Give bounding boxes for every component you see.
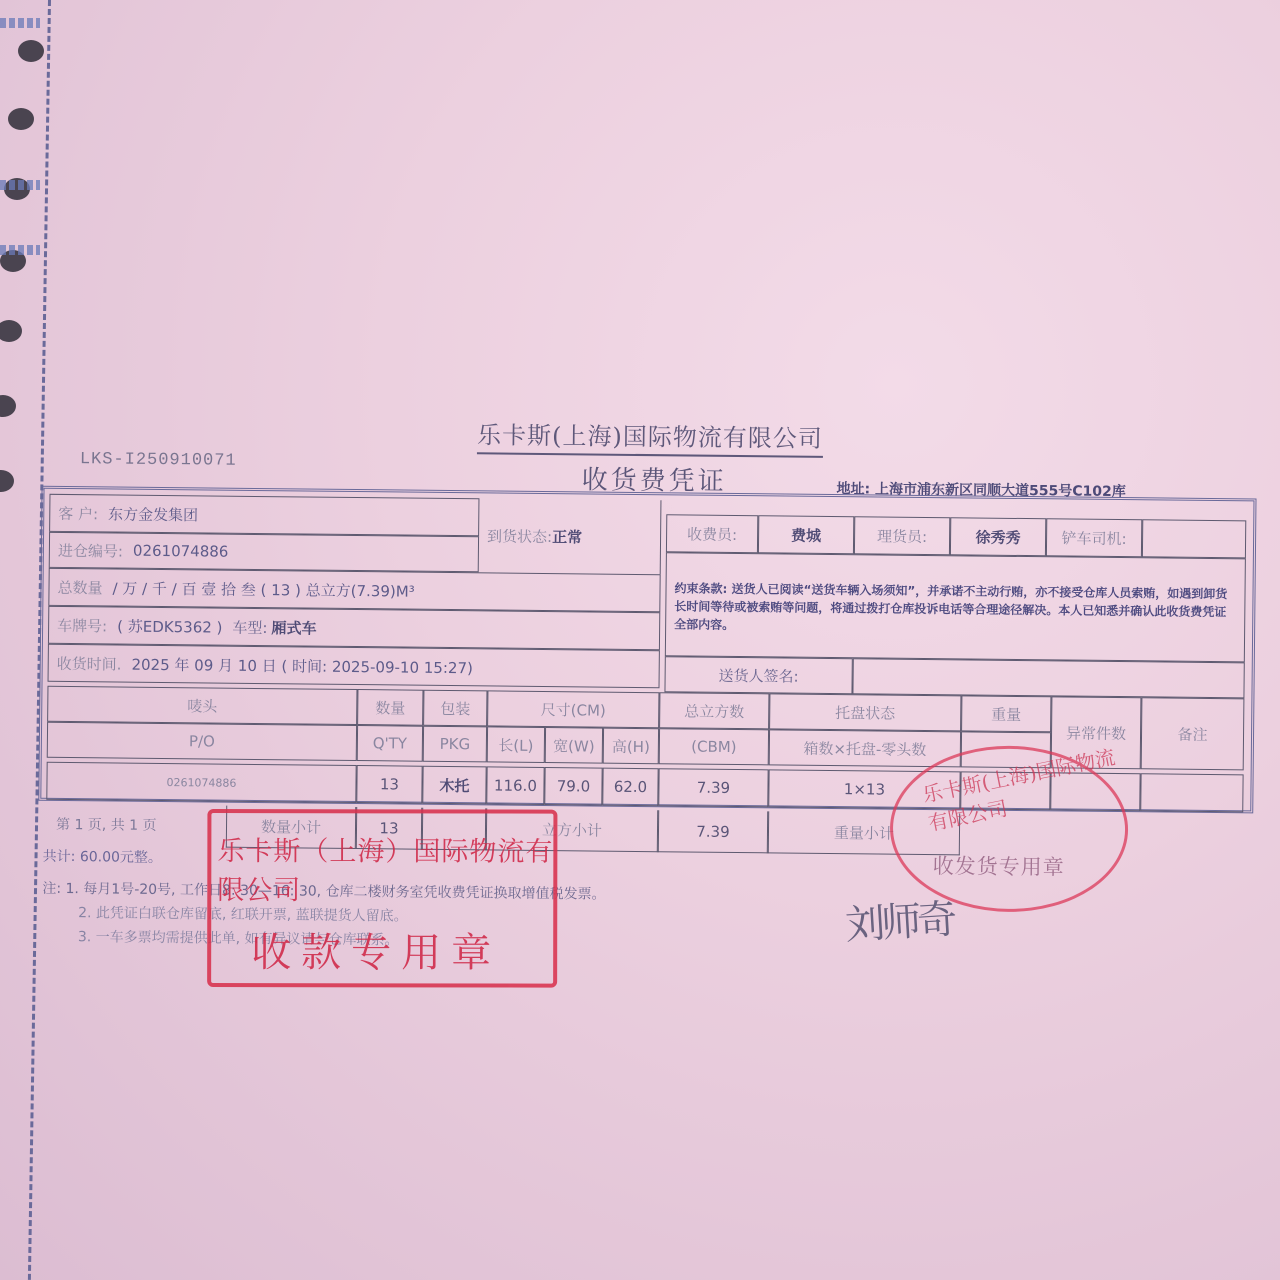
signer-field[interactable] [852,658,1244,698]
company-name: 乐卡斯(上海)国际物流有限公司 [477,415,823,458]
th-length: 长(L) [487,726,545,763]
total-qty-label: 总数量 [57,576,102,597]
receive-time-row: 收货时间. 2025 年 09 月 10 日 ( 时间: 2025-09-10 … [48,644,660,688]
th-pkg: 包装 [423,690,487,727]
customer-label: 客 户: [58,502,98,523]
th-qty: 数量 [357,689,423,726]
row-height: 62.0 [602,768,658,807]
receipt-document: 乐卡斯(上海)国际物流有限公司 LKS-I250910071 收货费凭证 地址:… [0,0,1280,1280]
th-cbm-en: (CBM) [659,728,769,765]
handler-label: 理货员: [854,516,950,555]
vehicle-type-value: 厢式车 [271,617,316,638]
forklift-label: 铲车司机: [1046,518,1142,557]
payment-seal-company: 乐卡斯（上海）国际物流有限公司 [217,829,553,908]
cbm-subtotal-value: 7.39 [658,810,768,853]
document-number: LKS-I250910071 [80,450,237,471]
receive-time-value: 2025 年 09 月 10 日 ( 时间: 2025-09-10 15:27) [131,653,473,678]
th-height: 高(H) [603,728,659,765]
row-qty: 13 [356,765,422,804]
total-qty-value: / 万 / 千 / 百 壹 拾 叁 ( 13 ) 总立方(7.39)M³ [112,577,414,601]
row-pkg: 木托 [422,766,486,805]
th-weight: 重量 [961,695,1051,732]
receiving-seal: 乐卡斯(上海)国际物流有限公司 收发货专用章 [889,745,1129,913]
th-size: 尺寸(CM) [487,690,659,728]
cashier-label: 收费员: [666,514,758,553]
receiving-seal-title: 收发货专用章 [933,850,1065,881]
row-cbm: 7.39 [658,768,768,807]
arrival-status-value: 正常 [552,526,582,547]
th-pkg-en: PKG [423,726,487,763]
plate-value: ( 苏EDK5362 ) [117,615,222,637]
row-mark: 0261074886 [46,762,356,803]
total-amount: 共计: 60.00元整。 [43,846,162,867]
arrival-status-label: 到货状态: [487,525,552,547]
th-pallet: 托盘状态 [769,693,961,731]
cashier-value: 费城 [758,515,854,554]
th-cbm: 总立方数 [659,692,769,729]
handler-value: 徐秀秀 [950,517,1046,556]
th-mark: 唛头 [47,686,357,725]
vehicle-type-label: 车型: [232,616,267,637]
warehouse-no-value: 0261074886 [133,542,229,561]
th-po: P/O [47,722,357,761]
customer-row: 客 户: 东方金发集团 [49,494,479,537]
th-width: 宽(W) [545,727,603,764]
total-qty-row: 总数量 / 万 / 千 / 百 壹 拾 叁 ( 13 ) 总立方(7.39)M³ [48,568,660,612]
forklift-value [1142,519,1246,558]
th-pallet-en: 箱数×托盘-零头数 [769,729,961,767]
page-info: 第 1 页, 共 1 页 [56,814,157,835]
handwritten-signature: 刘师奇 [843,888,954,951]
warehouse-no-row: 进仓编号: 0261074886 [49,532,479,573]
plate-label: 车牌号: [57,614,107,636]
row-remark [1140,773,1243,812]
th-qty-en: Q'TY [357,725,423,762]
payment-seal-title: 收款专用章 [251,921,501,978]
row-width: 79.0 [544,767,602,806]
warehouse-no-label: 进仓编号: [58,539,123,561]
arrival-status-cell: 到货状态: 正常 [479,498,662,574]
th-remark: 备注 [1141,697,1245,770]
receive-time-label: 收货时间. [57,652,122,674]
terms-text: 约束条款: 送货人已阅读“送货车辆入场须知”，并承诺不主动行贿，亦不接受仓库人员… [665,552,1246,662]
signer-label: 送货人签名: [664,656,852,694]
payment-seal: 乐卡斯（上海）国际物流有限公司 收款专用章 [207,809,557,988]
customer-value: 东方金发集团 [108,503,198,525]
plate-row: 车牌号: ( 苏EDK5362 ) 车型: 厢式车 [48,606,660,650]
row-length: 116.0 [486,766,544,805]
